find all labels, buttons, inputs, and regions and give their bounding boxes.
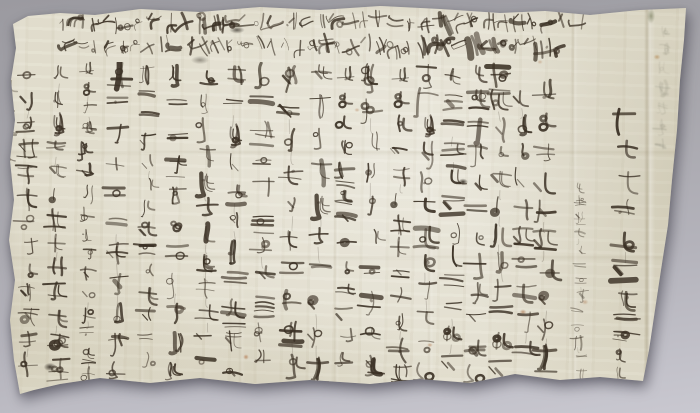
postscript-column [564, 180, 596, 402]
letter-column [217, 63, 251, 388]
letter-column [70, 60, 104, 384]
bleedthrough-ghost-marks [646, 22, 680, 156]
paper-drop-shadow [0, 0, 700, 413]
left-margin-note [0, 78, 24, 190]
letter-column [159, 62, 193, 386]
photo-background [0, 0, 700, 413]
letter-column [130, 63, 164, 378]
letter-column [100, 62, 134, 390]
letter-column [246, 62, 280, 376]
date-heading-column [604, 106, 648, 356]
top-margin-writing [40, 4, 600, 62]
letter-column [40, 63, 74, 377]
letter-paper [0, 0, 700, 413]
sender-column [602, 328, 636, 390]
letter-column [188, 64, 222, 380]
